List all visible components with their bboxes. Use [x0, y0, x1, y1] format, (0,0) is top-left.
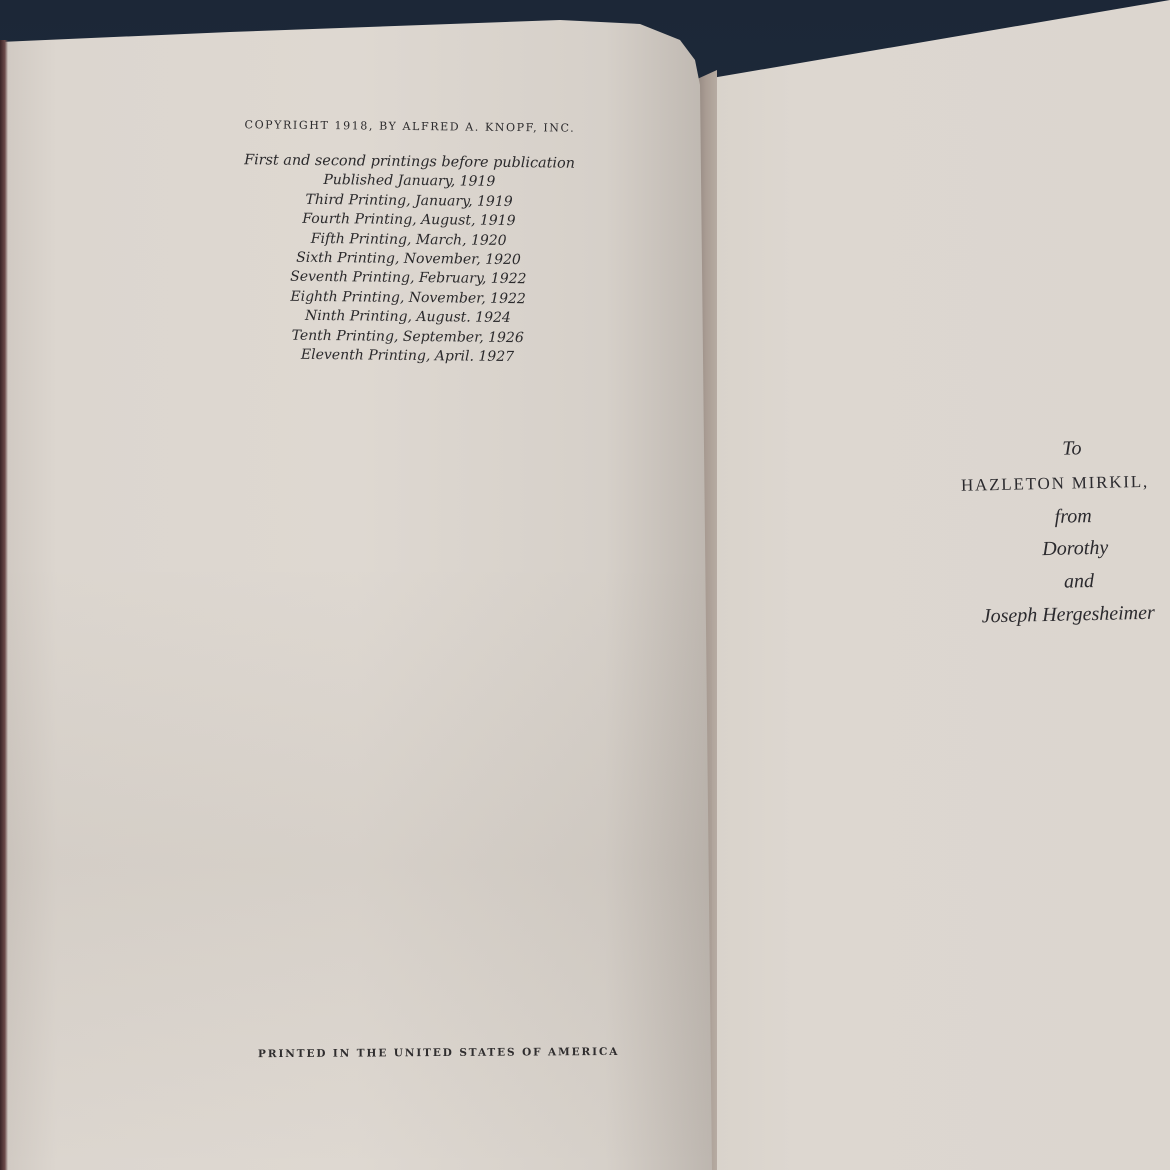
printed-in-notice: PRINTED IN THE UNITED STATES OF AMERICA: [258, 1046, 628, 1060]
copyright-notice: COPYRIGHT 1918, BY ALFRED A. KNOPF, INC.: [225, 118, 595, 135]
dedication-from: from: [1054, 505, 1092, 529]
printing-line: Eleventh Printing, April. 1927: [222, 345, 592, 368]
printing-history: First and second printings before public…: [222, 151, 594, 368]
dedication-and: and: [1064, 570, 1094, 594]
book-cover-edge: [0, 40, 8, 1170]
copyright-block: COPYRIGHT 1918, BY ALFRED A. KNOPF, INC.…: [222, 118, 595, 368]
dedication-recipient: HAZLETON MIRKIL,: [961, 472, 1149, 496]
dedication-giver-2: Joseph Hergesheimer: [981, 602, 1155, 629]
right-page: [700, 0, 1170, 1170]
dedication-to: To: [1062, 437, 1082, 460]
left-page-shadow: [0, 560, 712, 1170]
dedication-giver-1: Dorothy: [1042, 537, 1108, 561]
